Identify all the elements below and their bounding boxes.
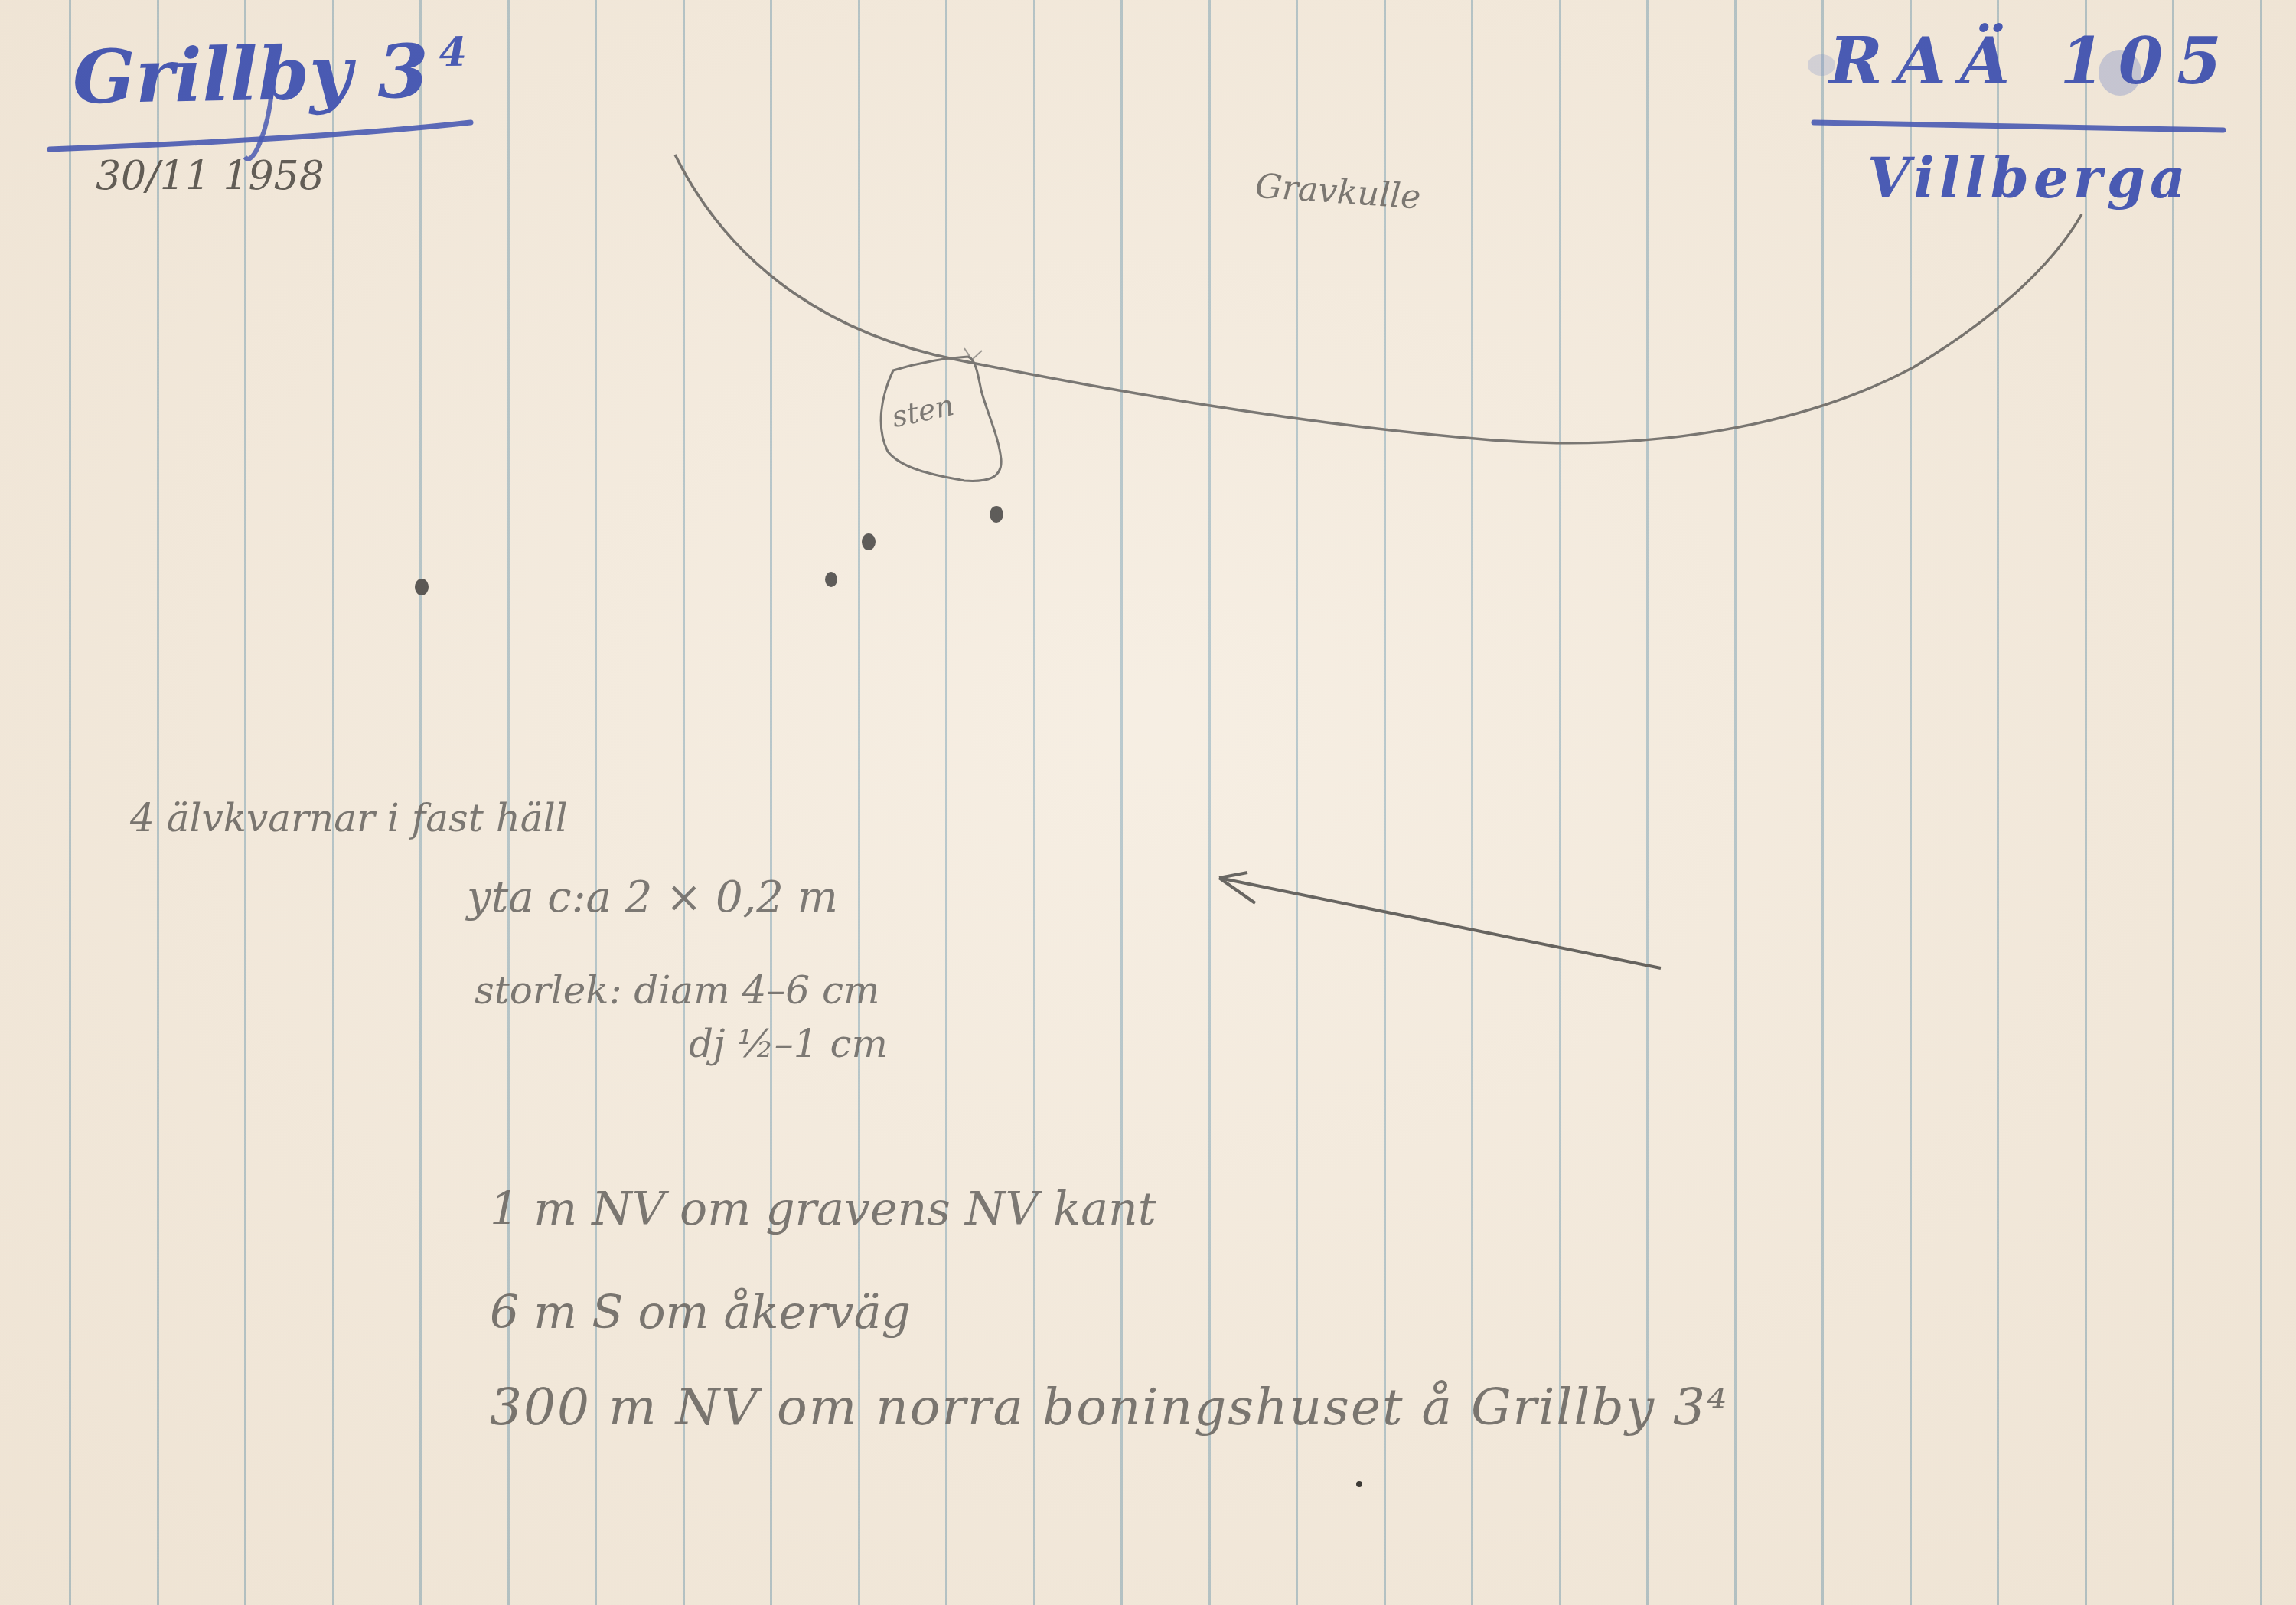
- note-line-3: storlek: diam 4–6 cm: [475, 968, 879, 1013]
- direction-arrow-icon: [1219, 873, 1661, 968]
- note-line-4: dj ½–1 cm: [689, 1022, 888, 1066]
- note-line-2: yta c:a 2 × 0,2 m: [467, 873, 838, 922]
- note-line-6: 6 m S om åkerväg: [490, 1286, 911, 1339]
- note-line-1: 4 älvkvarnar i fast häll: [130, 796, 568, 840]
- record-date: 30/11 1958: [96, 153, 325, 199]
- site-number-superscript: 4: [439, 29, 467, 77]
- stray-mark: [1356, 1481, 1362, 1487]
- registry-number: RAÄ 105: [1829, 23, 2236, 99]
- site-number: 3: [377, 28, 429, 115]
- cup-mark-dot: [862, 533, 876, 550]
- title-underline-right: [1814, 122, 2223, 130]
- site-name: Grillby: [72, 29, 353, 120]
- note-line-5: 1 m NV om gravens NV kant: [490, 1183, 1156, 1236]
- cup-mark-dot: [825, 572, 837, 587]
- site-title: Grillby 34: [72, 28, 468, 121]
- cup-mark-dot: [990, 506, 1003, 523]
- ruled-paper-page: Grillby 34 30/11 1958 RAÄ 105 Villberga …: [0, 0, 2296, 1605]
- note-line-7: 300 m NV om norra boningshuset å Grillby…: [490, 1378, 1728, 1437]
- parish-name: Villberga: [1867, 145, 2190, 210]
- cup-mark-dot: [415, 579, 429, 595]
